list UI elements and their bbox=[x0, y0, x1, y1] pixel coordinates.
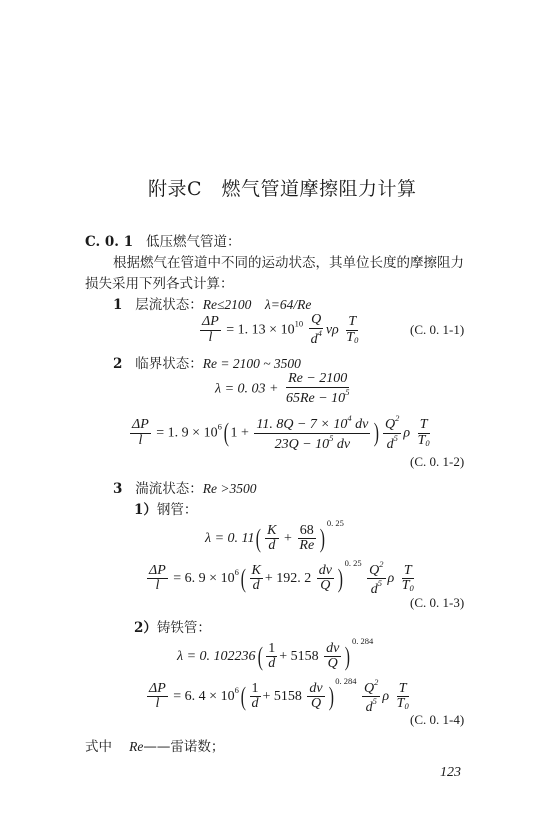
equation-lambda-steel: λ = 0. 11(Kd + 68Re)0. 25 bbox=[205, 518, 344, 554]
intro-line-1: 根据燃气在管道中不同的运动状态，其单位长度的摩擦阻力 bbox=[113, 251, 464, 271]
section-title: 低压燃气管道： bbox=[146, 234, 241, 250]
equation-c-0-1-1: ΔPl = 1. 13 × 1010 Qd4νρ TT0 bbox=[198, 313, 362, 347]
equation-lambda-critical: λ = 0. 03 + Re − 210065Re − 105 bbox=[215, 372, 353, 406]
intro-line-2: 损失采用下列各式计算： bbox=[85, 272, 234, 292]
equation-c-0-1-3: ΔPl = 6. 9 × 106(Kd+ 192. 2 dνQ)0. 25 Q2… bbox=[145, 558, 418, 598]
section-heading: C. 0. 1 低压燃气管道： bbox=[85, 230, 240, 250]
equation-number-3: (C. 0. 1-3) bbox=[410, 595, 464, 611]
equation-c-0-1-4: ΔPl = 6. 4 × 106(1d+ 5158 dνQ)0. 284 Q2d… bbox=[145, 676, 413, 716]
item-1: 1 层流状态：Re≤2100 λ=64/Re bbox=[113, 293, 311, 313]
equation-number-2: (C. 0. 1-2) bbox=[410, 454, 464, 470]
item-3: 3 湍流状态：Re >3500 bbox=[113, 477, 257, 497]
item-2: 2 临界状态：Re = 2100 ~ 3500 bbox=[113, 352, 301, 372]
equation-lambda-cast-iron: λ = 0. 102236(1d+ 5158 dνQ)0. 284 bbox=[177, 636, 373, 672]
where-clause: 式中 Re——雷诺数； bbox=[85, 735, 224, 755]
equation-c-0-1-2: ΔPl = 1. 9 × 106(1 + 11. 8Q − 7 × 104 dν… bbox=[128, 414, 434, 452]
page-title: 附录C 燃气管道摩擦阻力计算 bbox=[148, 174, 417, 201]
equation-number-4: (C. 0. 1-4) bbox=[410, 712, 464, 728]
sub-item-cast-iron: 2）铸铁管： bbox=[134, 616, 211, 636]
page-number: 123 bbox=[440, 765, 461, 781]
sub-item-steel: 1）钢管： bbox=[134, 498, 197, 518]
section-number: C. 0. 1 bbox=[85, 234, 133, 250]
equation-number-1: (C. 0. 1-1) bbox=[410, 322, 464, 338]
